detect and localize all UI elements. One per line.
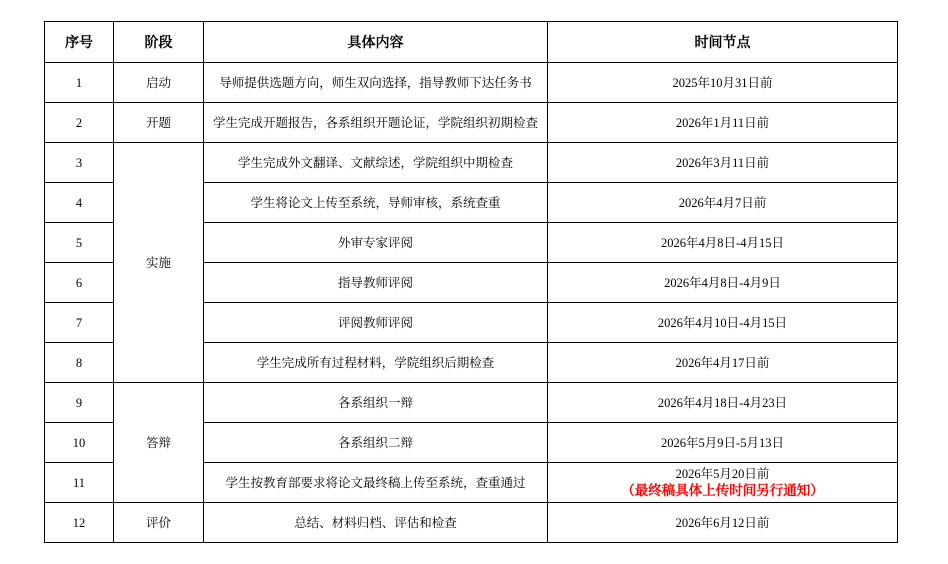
time-cell: 2026年4月8日-4月9日 xyxy=(548,263,898,303)
header-phase: 阶段 xyxy=(114,22,204,63)
row-number: 1 xyxy=(45,63,114,103)
header-time: 时间节点 xyxy=(548,22,898,63)
phase-cell-kaiti: 开题 xyxy=(114,103,204,143)
phase-cell-shishi: 实施 xyxy=(114,143,204,383)
phase-cell-qidong: 启动 xyxy=(114,63,204,103)
row-number: 11 xyxy=(45,463,114,503)
time-cell: 2026年5月20日前 （最终稿具体上传时间另行通知） xyxy=(548,463,898,503)
content-cell: 各系组织一辩 xyxy=(204,383,548,423)
table-row: 12 评价 总结、材料归档、评估和检查 2026年6月12日前 xyxy=(45,503,898,543)
content-cell: 学生按教育部要求将论文最终稿上传至系统，查重通过 xyxy=(204,463,548,503)
table-row: 1 启动 导师提供选题方向，师生双向选择，指导教师下达任务书 2025年10月3… xyxy=(45,63,898,103)
time-cell: 2026年4月17日前 xyxy=(548,343,898,383)
time-cell: 2026年3月11日前 xyxy=(548,143,898,183)
content-cell: 指导教师评阅 xyxy=(204,263,548,303)
content-cell: 各系组织二辩 xyxy=(204,423,548,463)
time-cell: 2026年4月18日-4月23日 xyxy=(548,383,898,423)
content-cell: 学生将论文上传至系统，导师审核，系统查重 xyxy=(204,183,548,223)
row-number: 8 xyxy=(45,343,114,383)
time-cell: 2025年10月31日前 xyxy=(548,63,898,103)
content-cell: 学生完成外文翻译、文献综述，学院组织中期检查 xyxy=(204,143,548,183)
row-number: 12 xyxy=(45,503,114,543)
row-number: 10 xyxy=(45,423,114,463)
content-cell: 评阅教师评阅 xyxy=(204,303,548,343)
time-cell: 2026年5月9日-5月13日 xyxy=(548,423,898,463)
row-number: 4 xyxy=(45,183,114,223)
row-number: 7 xyxy=(45,303,114,343)
table-row: 9 答辩 各系组织一辩 2026年4月18日-4月23日 xyxy=(45,383,898,423)
row-number: 9 xyxy=(45,383,114,423)
header-content: 具体内容 xyxy=(204,22,548,63)
thesis-schedule-table: 序号 阶段 具体内容 时间节点 1 启动 导师提供选题方向，师生双向选择，指导教… xyxy=(44,21,898,543)
time-note-red: （最终稿具体上传时间另行通知） xyxy=(553,482,892,499)
row-number: 3 xyxy=(45,143,114,183)
header-no: 序号 xyxy=(45,22,114,63)
content-cell: 学生完成所有过程材料，学院组织后期检查 xyxy=(204,343,548,383)
content-cell: 外审专家评阅 xyxy=(204,223,548,263)
time-cell: 2026年6月12日前 xyxy=(548,503,898,543)
time-cell: 2026年4月8日-4月15日 xyxy=(548,223,898,263)
time-cell: 2026年4月10日-4月15日 xyxy=(548,303,898,343)
row-number: 5 xyxy=(45,223,114,263)
row-number: 6 xyxy=(45,263,114,303)
table-row: 2 开题 学生完成开题报告，各系组织开题论证，学院组织初期检查 2026年1月1… xyxy=(45,103,898,143)
table-row: 3 实施 学生完成外文翻译、文献综述，学院组织中期检查 2026年3月11日前 xyxy=(45,143,898,183)
content-cell: 导师提供选题方向，师生双向选择，指导教师下达任务书 xyxy=(204,63,548,103)
time-cell: 2026年1月11日前 xyxy=(548,103,898,143)
row-number: 2 xyxy=(45,103,114,143)
content-cell: 总结、材料归档、评估和检查 xyxy=(204,503,548,543)
phase-cell-dabian: 答辩 xyxy=(114,383,204,503)
header-row: 序号 阶段 具体内容 时间节点 xyxy=(45,22,898,63)
content-cell: 学生完成开题报告，各系组织开题论证，学院组织初期检查 xyxy=(204,103,548,143)
time-cell: 2026年4月7日前 xyxy=(548,183,898,223)
phase-cell-pingjia: 评价 xyxy=(114,503,204,543)
time-text: 2026年5月20日前 xyxy=(553,466,892,482)
